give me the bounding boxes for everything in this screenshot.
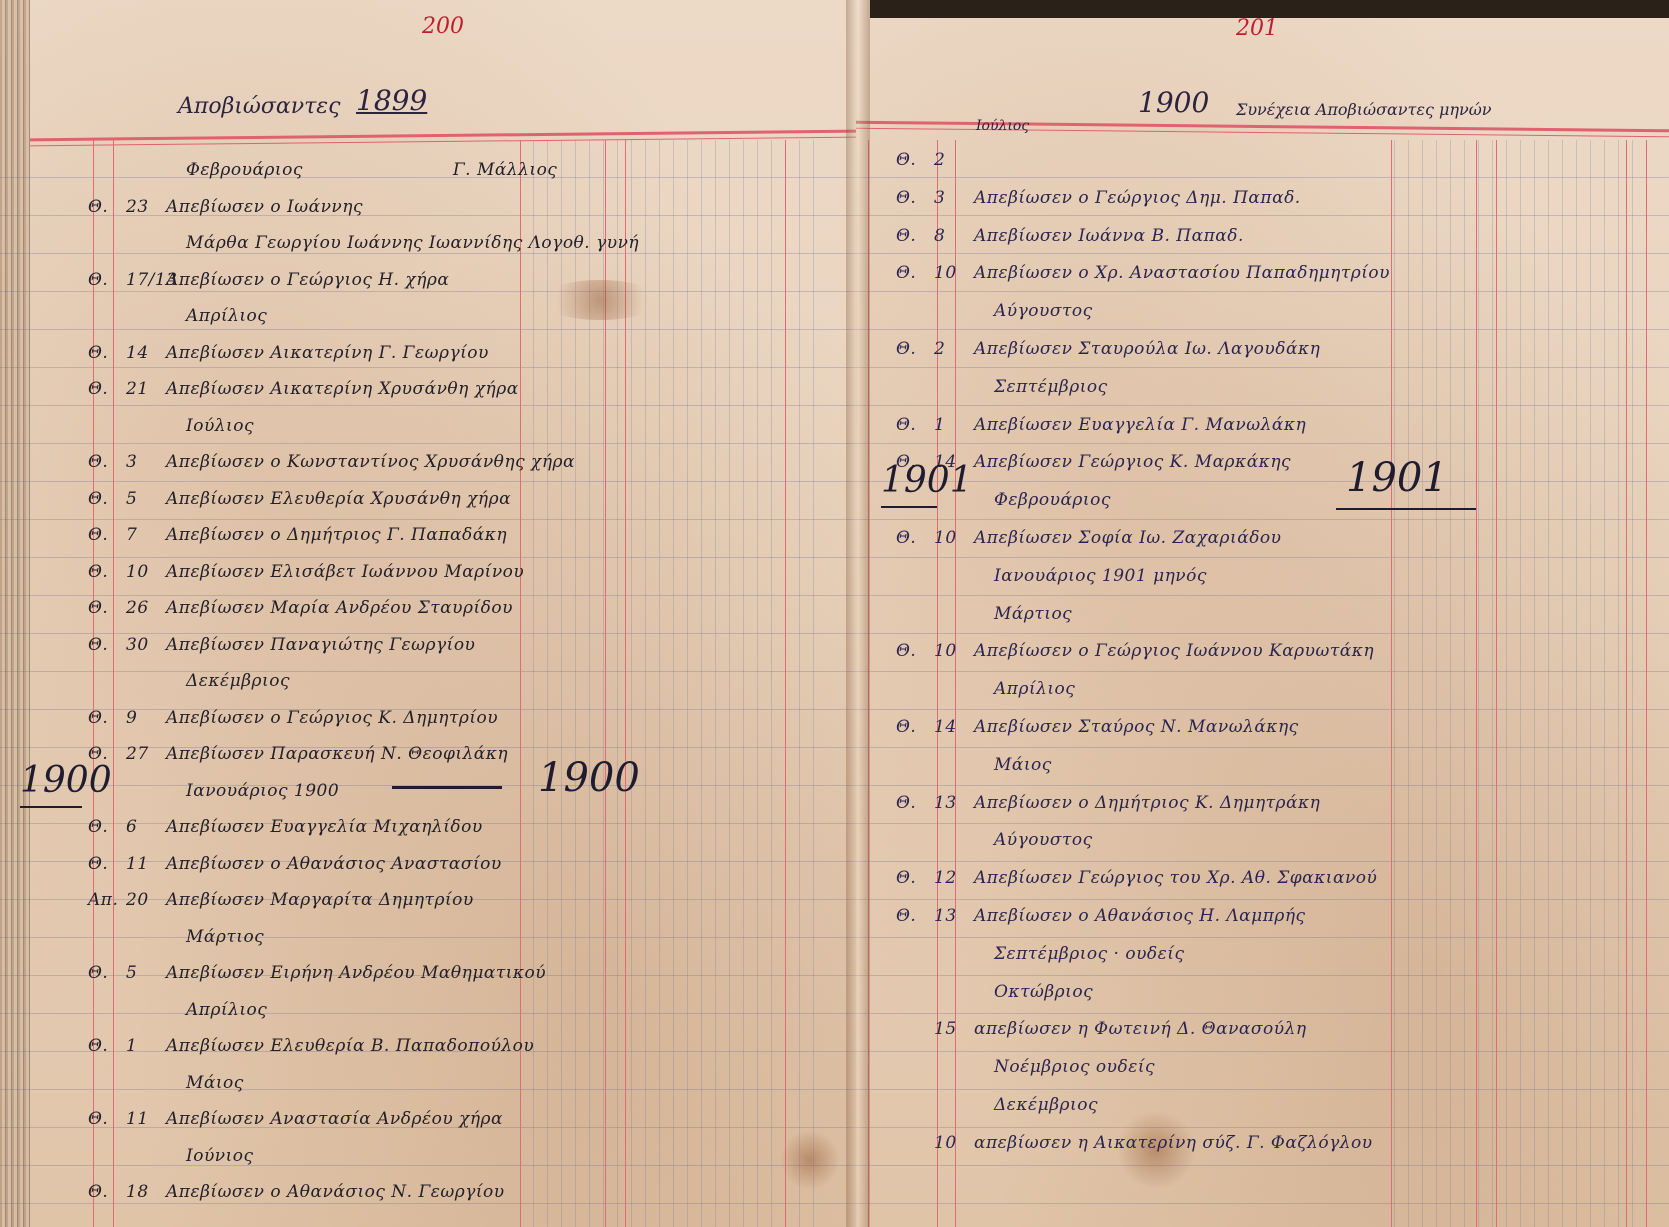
ledger-entry: Μάιος: [896, 755, 1052, 775]
entry-text: Απεβίωσεν ο Γεώργιος Κ. Δημητρίου: [166, 708, 498, 728]
ledger-entry: Θ.21Απεβίωσεν Αικατερίνη Χρυσάνθη χήρα: [88, 379, 519, 399]
ledger-entry: Θ.17/13Απεβίωσεν ο Γεώργιος Η. χήρα: [88, 270, 449, 290]
ledger-entry: Θ.18Απεβίωσεν ο Αθανάσιος Ν. Γεωργίου: [88, 1182, 505, 1202]
entry-mark: Θ.: [88, 1036, 126, 1056]
entry-mark: Θ.: [896, 263, 934, 283]
ledger-entry: Νοέμβριος ουδείς: [896, 1057, 1155, 1077]
ledger-entry: Θ.11Απεβίωσεν Αναστασία Ανδρέου χήρα: [88, 1109, 503, 1129]
ledger-entry: Μάιος: [88, 1073, 244, 1093]
entry-day: 5: [126, 963, 166, 983]
entry-text: Απεβίωσεν Ελισάβετ Ιωάννου Μαρίνου: [166, 562, 524, 582]
entry-text: Απεβίωσεν Αικατερίνη Γ. Γεωργίου: [166, 343, 489, 363]
entry-text: Απεβίωσεν Σταυρούλα Ιω. Λαγουδάκη: [974, 339, 1320, 359]
ledger-entry: Ιούνιος: [88, 1146, 254, 1166]
ledger-entry: Θ.5Απεβίωσεν Ελευθερία Χρυσάνθη χήρα: [88, 489, 511, 509]
paper-stain: [540, 280, 660, 320]
ledger-entry: Θ.9Απεβίωσεν ο Γεώργιος Κ. Δημητρίου: [88, 708, 498, 728]
ledger-entry: Θ.1Απεβίωσεν Ευαγγελία Γ. Μανωλάκη: [896, 415, 1306, 435]
ledger-entry: Θ.3Απεβίωσεν ο Κωνσταντίνος Χρυσάνθης χή…: [88, 452, 575, 472]
entry-text: Απεβίωσεν ο Χρ. Αναστασίου Παπαδημητρίου: [974, 263, 1390, 283]
ledger-entry: Σεπτέμβριος: [896, 377, 1108, 397]
ledger-entry: Θ.10Απεβίωσεν ο Γεώργιος Ιωάννου Καρυωτά…: [896, 641, 1374, 661]
entry-day: 27: [126, 744, 166, 764]
entry-text: Απεβίωσεν Ευαγγελία Μιχαηλίδου: [166, 817, 483, 837]
left-page: 200 Αποβιώσαντες 1899 ΦεβρουάριοςΓ. Μάλλ…: [0, 0, 856, 1227]
entry-text: Φεβρουάριος: [974, 490, 1111, 510]
entry-day: 1: [934, 415, 974, 435]
ledger-entry: Θ.23Απεβίωσεν ο Ιωάννης: [88, 197, 363, 217]
entry-mark: Θ.: [896, 528, 934, 548]
entry-mark: Θ.: [88, 379, 126, 399]
entry-day: 2: [934, 339, 974, 359]
entry-day: 10: [126, 562, 166, 582]
entry-text: Απεβίωσεν Ελευθερία Β. Παπαδοπούλου: [166, 1036, 534, 1056]
ledger-entry: ΦεβρουάριοςΓ. Μάλλιος: [88, 160, 557, 180]
entry-text: Δεκέμβριος: [166, 671, 290, 691]
ledger-entry: Απ.20Απεβίωσεν Μαργαρίτα Δημητρίου: [88, 890, 474, 910]
ledger-entry: Θ.10Απεβίωσεν Σοφία Ιω. Ζαχαριάδου: [896, 528, 1282, 548]
entry-text: Απεβίωσεν ο Κωνσταντίνος Χρυσάνθης χήρα: [166, 452, 575, 472]
ledger-entry: Ιανουάριος 1901 μηνός: [896, 566, 1207, 586]
book-spine: [846, 0, 870, 1227]
entry-text: Απρίλιος: [166, 1000, 267, 1020]
ledger-entry: Θ.13Απεβίωσεν ο Αθανάσιος Η. Λαμπρής: [896, 906, 1306, 926]
ledger-entry: 15απεβίωσεν η Φωτεινή Δ. Θανασούλη: [896, 1019, 1307, 1039]
year-underline: [881, 506, 937, 508]
entry-day: 11: [126, 1109, 166, 1129]
ledger-entry: Θ.30Απεβίωσεν Παναγιώτης Γεωργίου: [88, 635, 475, 655]
entry-text: Απεβίωσεν Γεώργιος Κ. Μαρκάκης: [974, 452, 1291, 472]
entry-text: Απεβίωσεν ο Γεώργιος Ιωάννου Καρυωτάκη: [974, 641, 1374, 661]
ledger-entry: Απρίλιος: [896, 679, 1075, 699]
entry-text: Δεκέμβριος: [974, 1095, 1098, 1115]
ledger-entry: Ιανουάριος 1900: [88, 781, 339, 801]
entry-text: Απεβίωσεν ο Αθανάσιος Ν. Γεωργίου: [166, 1182, 505, 1202]
column-rule: [1626, 140, 1627, 1227]
header-text: Συνέχεια Αποβιώσαντες μηνών: [1236, 100, 1492, 119]
entry-day: 13: [934, 793, 974, 813]
entry-day: 3: [934, 188, 974, 208]
ledger-entry: Θ.8Απεβίωσεν Ιωάννα Β. Παπαδ.: [896, 226, 1244, 246]
dash-rule: [392, 786, 502, 789]
ledger-entry: Θ.7Απεβίωσεν ο Δημήτριος Γ. Παπαδάκη: [88, 525, 507, 545]
entry-mark: Θ.: [896, 188, 934, 208]
entry-day: 13: [934, 906, 974, 926]
entry-text: Απρίλιος: [166, 306, 267, 326]
entry-text: Σεπτέμβριος: [974, 377, 1108, 397]
entry-text: Απρίλιος: [974, 679, 1075, 699]
entry-text: Απεβίωσεν Ελευθερία Χρυσάνθη χήρα: [166, 489, 511, 509]
entry-day: 9: [126, 708, 166, 728]
ledger-entry: Θ.3Απεβίωσεν ο Γεώργιος Δημ. Παπαδ.: [896, 188, 1301, 208]
entry-day: 10: [934, 263, 974, 283]
entry-day: 2: [934, 150, 974, 170]
paper-stain: [780, 1130, 840, 1190]
entry-text: Αύγουστος: [974, 301, 1093, 321]
entry-text: Σεπτέμβριος · ουδείς: [974, 944, 1184, 964]
entry-day: 8: [934, 226, 974, 246]
entry-mark: Θ.: [896, 150, 934, 170]
entry-day: 7: [126, 525, 166, 545]
ledger-entry: Αύγουστος: [896, 301, 1093, 321]
ledger-entry: Θ.10Απεβίωσεν Ελισάβετ Ιωάννου Μαρίνου: [88, 562, 524, 582]
entry-mark: Θ.: [896, 717, 934, 737]
entry-text: Απεβίωσεν ο Αθανάσιος Η. Λαμπρής: [974, 906, 1306, 926]
entry-day: 14: [934, 717, 974, 737]
entry-day: 10: [934, 1133, 974, 1153]
entry-day: 12: [934, 868, 974, 888]
year-underline: [20, 806, 82, 808]
entry-day: 10: [934, 528, 974, 548]
column-rule: [520, 140, 521, 1227]
entry-text: Απεβίωσεν Αναστασία Ανδρέου χήρα: [166, 1109, 503, 1129]
entry-note: Γ. Μάλλιος: [453, 160, 557, 180]
header-title: Αποβιώσαντες: [178, 94, 340, 119]
ledger-entry: Θ.14Απεβίωσεν Σταύρος Ν. Μανωλάκης: [896, 717, 1299, 737]
column-rule: [1496, 140, 1497, 1227]
entry-mark: Θ.: [896, 226, 934, 246]
ledger-entry: Δεκέμβριος: [88, 671, 290, 691]
ledger-entry: Θ.1Απεβίωσεν Ελευθερία Β. Παπαδοπούλου: [88, 1036, 534, 1056]
entry-text: Απεβίωσεν Σοφία Ιω. Ζαχαριάδου: [974, 528, 1282, 548]
entry-mark: Θ.: [896, 868, 934, 888]
entry-text: Ιούλιος: [166, 416, 254, 436]
entry-day: 1: [126, 1036, 166, 1056]
entry-day: 23: [126, 197, 166, 217]
month-label: Ιούλιος: [976, 118, 1029, 134]
ledger-entry: Μάρτιος: [88, 927, 264, 947]
entry-mark: Θ.: [88, 1182, 126, 1202]
entry-text: Απεβίωσεν Παρασκευή Ν. Θεοφιλάκη: [166, 744, 508, 764]
page-number: 201: [1236, 16, 1278, 41]
ledger-entry: Θ.27Απεβίωσεν Παρασκευή Ν. Θεοφιλάκη: [88, 744, 508, 764]
entry-text: Απεβίωσεν Ευαγγελία Γ. Μανωλάκη: [974, 415, 1306, 435]
ledger-entry: Θ.10Απεβίωσεν ο Χρ. Αναστασίου Παπαδημητ…: [896, 263, 1390, 283]
entry-mark: Θ.: [88, 343, 126, 363]
entry-text: Μάιος: [974, 755, 1052, 775]
ledger-entry: Δεκέμβριος: [896, 1095, 1098, 1115]
ledger-entry: Θ.5Απεβίωσεν Ειρήνη Ανδρέου Μαθηματικού: [88, 963, 546, 983]
ledger-entry: Οκτώβριος: [896, 982, 1093, 1002]
entry-text: Απεβίωσεν ο Δημήτριος Κ. Δημητράκη: [974, 793, 1320, 813]
entry-text: Νοέμβριος ουδείς: [974, 1057, 1155, 1077]
ledger-entry: Ιούλιος: [88, 416, 254, 436]
ledger-entry: Θ.13Απεβίωσεν ο Δημήτριος Κ. Δημητράκη: [896, 793, 1320, 813]
entry-day: 26: [126, 598, 166, 618]
entry-text: Απεβίωσεν Μαρία Ανδρέου Σταυρίδου: [166, 598, 513, 618]
header-year: 1899: [356, 84, 427, 117]
ledger-entry: Απρίλιος: [88, 1000, 267, 1020]
entry-day: 18: [126, 1182, 166, 1202]
entry-text: Ιανουάριος 1900: [166, 781, 339, 801]
entry-mark: Θ.: [88, 270, 126, 290]
entry-mark: Θ.: [88, 525, 126, 545]
entry-text: Μάρτιος: [166, 927, 264, 947]
ledger-entry: 10απεβίωσεν η Αικατερίνη σύζ. Γ. Φαζλόγλ…: [896, 1133, 1373, 1153]
entry-text: Απεβίωσεν ο Γεώργιος Δημ. Παπαδ.: [974, 188, 1301, 208]
entry-day: 5: [126, 489, 166, 509]
ledger-entry: Σεπτέμβριος · ουδείς: [896, 944, 1184, 964]
entry-mark: Απ.: [88, 890, 126, 910]
entry-text: Οκτώβριος: [974, 982, 1093, 1002]
entry-mark: Θ.: [88, 489, 126, 509]
entry-text: Μάρθα Γεωργίου Ιωάννης Ιωαννίδης Λογοθ. …: [166, 233, 639, 253]
entry-text: Μάρτιος: [974, 604, 1072, 624]
entry-text: Απεβίωσεν Παναγιώτης Γεωργίου: [166, 635, 475, 655]
ledger-entry: Θ.6Απεβίωσεν Ευαγγελία Μιχαηλίδου: [88, 817, 483, 837]
entry-mark: Θ.: [88, 817, 126, 837]
ledger-entry: Απρίλιος: [88, 306, 267, 326]
ledger-entry: Θ.14Απεβίωσεν Αικατερίνη Γ. Γεωργίου: [88, 343, 489, 363]
accounting-grid: [1381, 140, 1641, 1227]
entry-text: Φεβρουάριος: [166, 160, 303, 180]
entry-mark: Θ.: [88, 1109, 126, 1129]
entry-day: 3: [126, 452, 166, 472]
right-page: 201 1900 Συνέχεια Αποβιώσαντες μηνών Ιού…: [856, 0, 1669, 1227]
entry-text: Ιανουάριος 1901 μηνός: [974, 566, 1207, 586]
entry-day: 20: [126, 890, 166, 910]
entry-text: απεβίωσεν η Αικατερίνη σύζ. Γ. Φαζλόγλου: [974, 1133, 1373, 1153]
entry-mark: Θ.: [896, 793, 934, 813]
column-rule: [785, 140, 786, 1227]
entry-day: 6: [126, 817, 166, 837]
entry-text: Ιούνιος: [166, 1146, 254, 1166]
entry-mark: Θ.: [88, 598, 126, 618]
ledger-entry: Μάρτιος: [896, 604, 1072, 624]
entry-mark: Θ.: [88, 452, 126, 472]
ledger-entry: Θ.11Απεβίωσεν ο Αθανάσιος Αναστασίου: [88, 854, 502, 874]
entry-text: Απεβίωσεν Σταύρος Ν. Μανωλάκης: [974, 717, 1299, 737]
entry-text: Απεβίωσεν Αικατερίνη Χρυσάνθη χήρα: [166, 379, 519, 399]
column-rule: [1391, 140, 1392, 1227]
column-year: 1901: [1346, 455, 1448, 501]
entry-text: Απεβίωσεν Ειρήνη Ανδρέου Μαθηματικού: [166, 963, 546, 983]
ledger-entry: Θ.12Απεβίωσεν Γεώργιος του Χρ. Αθ. Σφακι…: [896, 868, 1377, 888]
entry-mark: Θ.: [88, 963, 126, 983]
entry-mark: Θ.: [896, 339, 934, 359]
entry-day: 10: [934, 641, 974, 661]
entry-text: Μάιος: [166, 1073, 244, 1093]
open-ledger-book: 200 Αποβιώσαντες 1899 ΦεβρουάριοςΓ. Μάλλ…: [0, 0, 1669, 1227]
entry-mark: Θ.: [88, 197, 126, 217]
entry-mark: Θ.: [896, 641, 934, 661]
ledger-entry: Αύγουστος: [896, 830, 1093, 850]
entry-mark: Θ.: [88, 854, 126, 874]
entry-mark: Θ.: [896, 906, 934, 926]
ledger-entry: Θ.26Απεβίωσεν Μαρία Ανδρέου Σταυρίδου: [88, 598, 513, 618]
column-year: 1900: [538, 755, 640, 801]
entry-text: Απεβίωσεν ο Γεώργιος Η. χήρα: [166, 270, 449, 290]
entry-text: Απεβίωσεν ο Δημήτριος Γ. Παπαδάκη: [166, 525, 507, 545]
entry-mark: Θ.: [88, 562, 126, 582]
entry-day: 17/13: [126, 270, 166, 290]
column-rule: [1476, 140, 1477, 1227]
margin-year: 1901: [881, 460, 973, 501]
entry-day: 14: [126, 343, 166, 363]
ledger-entry: Θ.2: [896, 150, 974, 170]
entry-text: απεβίωσεν η Φωτεινή Δ. Θανασούλη: [974, 1019, 1307, 1039]
margin-year: 1900: [20, 760, 112, 801]
year-underline: [1336, 508, 1476, 510]
entry-day: 15: [934, 1019, 974, 1039]
header-year: 1900: [1138, 86, 1209, 119]
entry-day: 21: [126, 379, 166, 399]
entry-text: Απεβίωσεν ο Αθανάσιος Αναστασίου: [166, 854, 502, 874]
entry-text: Απεβίωσεν Ιωάννα Β. Παπαδ.: [974, 226, 1244, 246]
entry-mark: Θ.: [88, 635, 126, 655]
entry-day: 11: [126, 854, 166, 874]
entry-text: Αύγουστος: [974, 830, 1093, 850]
page-number: 200: [422, 14, 464, 39]
entry-text: Απεβίωσεν ο Ιωάννης: [166, 197, 363, 217]
entry-mark: Θ.: [896, 415, 934, 435]
entry-mark: Θ.: [88, 708, 126, 728]
ledger-entry: Θ.2Απεβίωσεν Σταυρούλα Ιω. Λαγουδάκη: [896, 339, 1320, 359]
ledger-entry: Μάρθα Γεωργίου Ιωάννης Ιωαννίδης Λογοθ. …: [88, 233, 639, 253]
entry-day: 30: [126, 635, 166, 655]
entry-text: Απεβίωσεν Μαργαρίτα Δημητρίου: [166, 890, 474, 910]
entry-text: Απεβίωσεν Γεώργιος του Χρ. Αθ. Σφακιανού: [974, 868, 1377, 888]
column-rule: [1646, 140, 1647, 1227]
